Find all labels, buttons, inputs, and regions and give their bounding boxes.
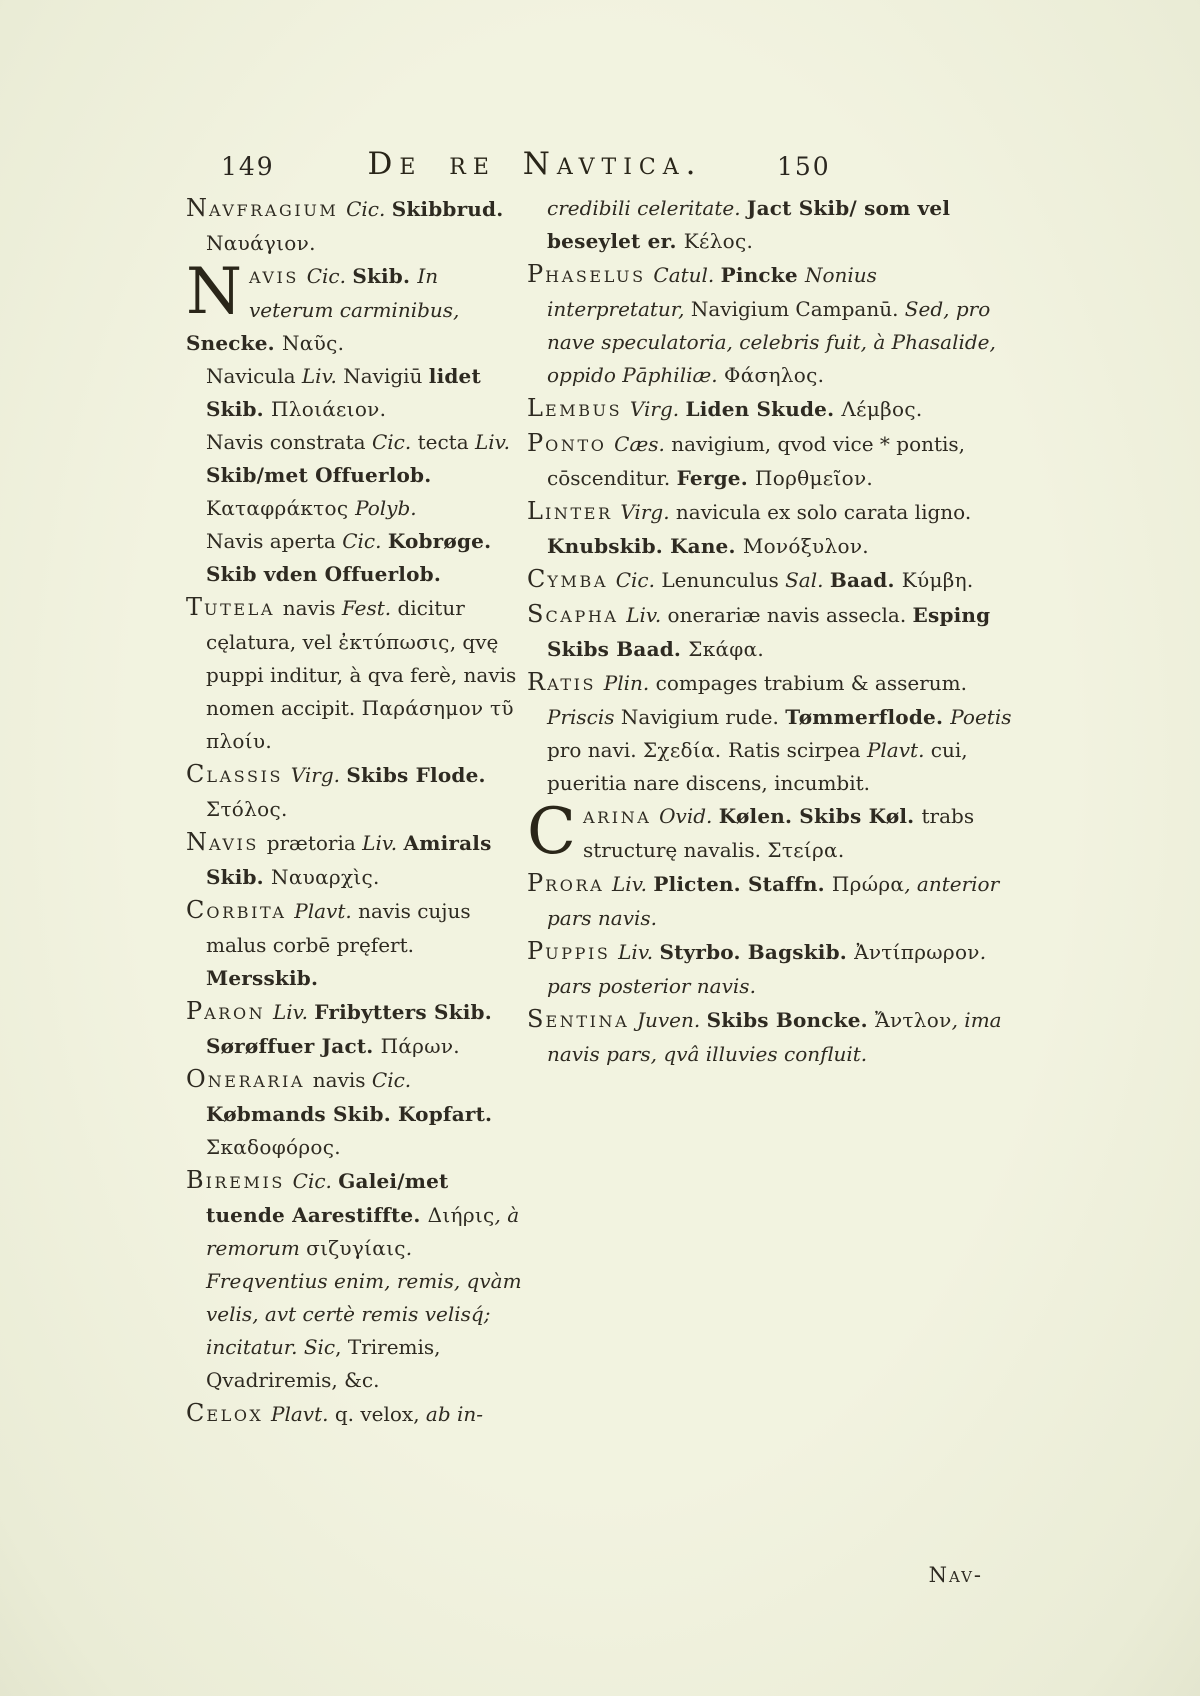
text-column-left: NAVFRAGIUM Cic. Skibbrud. Ναυάγιον.NAVIS… xyxy=(186,192,526,1432)
text-segment-it: Liv. xyxy=(618,940,659,964)
text-segment-it: Cæs. xyxy=(614,432,671,456)
text-segment-hs: EMBUS xyxy=(545,401,630,420)
text-segment-hs: LASSIS xyxy=(206,767,290,786)
text-segment-hc: B xyxy=(186,1166,206,1194)
text-segment-it: Plin. xyxy=(604,671,656,695)
text-segment-ro: prætoria xyxy=(267,831,362,855)
entry-lembus: LEMBUS Virg. Liden Skude. Λέμβος. xyxy=(527,392,1017,427)
text-segment-ro: tecta xyxy=(418,430,475,454)
text-segment-it: Fest. xyxy=(342,596,398,620)
text-segment-gr: Σχεδία. xyxy=(643,738,728,762)
text-segment-gr: Πορθμεῖον. xyxy=(755,466,873,490)
text-segment-ro: Navis constrata xyxy=(206,430,372,454)
text-segment-hc: N xyxy=(186,194,209,222)
text-segment-gr: Ναῦς. xyxy=(282,331,344,355)
catchword: Nav- xyxy=(527,1559,1017,1592)
drop-cap-initial: N xyxy=(186,260,249,320)
text-segment-it: Liv. xyxy=(273,1000,314,1024)
text-segment-hc: S xyxy=(527,1005,545,1033)
text-segment-gr: Ναυαρχὶς. xyxy=(271,865,380,889)
text-segment-hs: ELOX xyxy=(206,1406,271,1425)
text-segment-gr: ἐκτύπωσις xyxy=(338,630,449,654)
text-segment-hs: AVIS xyxy=(249,268,307,287)
text-segment-gr: Ἄντλον xyxy=(875,1008,952,1032)
text-segment-it: Polyb. xyxy=(355,496,417,520)
text-segment-hs: UPPIS xyxy=(545,944,618,963)
page-number-left: 149 xyxy=(221,152,275,181)
catchword-row: Nav- xyxy=(527,1545,1017,1592)
text-segment-it: Catul. xyxy=(653,263,720,287)
text-segment-fr: Mersskib. xyxy=(206,966,318,990)
text-segment-hc: L xyxy=(527,497,545,525)
text-segment-it: Plavt. xyxy=(867,738,931,762)
text-segment-ro: navis xyxy=(313,1068,372,1092)
text-segment-ro: compages trabium & asserum. xyxy=(656,671,967,695)
entry-classis: CLASSIS Virg. Skibs Flode. Στόλος. xyxy=(186,758,526,826)
drop-cap-initial: C xyxy=(527,800,583,860)
entry-phaselus: PHASELUS Catul. Pincke Nonius interpreta… xyxy=(527,258,1017,392)
text-segment-gr: Πάρων. xyxy=(381,1034,460,1058)
text-segment-ro: onerariæ navis assecla. xyxy=(668,603,913,627)
text-segment-it: Plavt. xyxy=(294,899,358,923)
text-segment-hc: O xyxy=(186,1065,208,1093)
text-segment-hc: C xyxy=(186,1399,206,1427)
text-segment-it: Juven. xyxy=(637,1008,707,1032)
text-segment-fr: Kølen. Skibs Køl. xyxy=(719,804,922,828)
text-segment-gr: Καταφράκτος xyxy=(206,496,355,520)
text-segment-gr: Ναυάγιον. xyxy=(206,231,316,255)
text-segment-hs: IREMIS xyxy=(206,1173,293,1192)
text-segment-it: Priscis xyxy=(547,705,621,729)
text-segment-it: Cic. xyxy=(293,1169,339,1193)
text-segment-gr: Σκάφα. xyxy=(688,637,764,661)
text-segment-it: Sal. xyxy=(785,568,830,592)
entry-tutela: TUTELA navis Fest. dicitur cęlatura, vel… xyxy=(186,591,526,758)
text-segment-ro: navis xyxy=(283,596,342,620)
text-segment-it: Virg. xyxy=(291,763,347,787)
entry-cymba: CYMBA Cic. Lenunculus Sal. Baad. Κύμβη. xyxy=(527,563,1017,598)
text-segment-ro: Ratis scirpea xyxy=(728,738,867,762)
text-segment-fr: Tømmerflode. xyxy=(785,705,950,729)
text-segment-hs: HASELUS xyxy=(545,267,653,286)
entry-navis-aperta: Navis aperta Cic. Kobrøge. Skib vden Off… xyxy=(186,525,526,591)
text-segment-gr: Κύμβη. xyxy=(902,568,974,592)
text-segment-ro: Navigium rude. xyxy=(621,705,785,729)
text-segment-gr: Πλοιάειον. xyxy=(271,397,386,421)
text-segment-fr: Skibs Boncke. xyxy=(707,1008,875,1032)
text-segment-hs: RORA xyxy=(545,876,612,895)
entry-navis: NAVIS Cic. Skib. In veterum carminibus, … xyxy=(186,260,526,360)
entry-sentina: SENTINA Juven. Skibs Boncke. Ἄντλον, ima… xyxy=(527,1003,1017,1071)
entry-scapha: SCAPHA Liv. onerariæ navis assecla. Espi… xyxy=(527,598,1017,666)
text-segment-it: Virg. xyxy=(630,397,686,421)
text-segment-it: credibili celeritate. xyxy=(547,196,747,220)
running-title: De re Navtica. xyxy=(335,146,735,182)
text-segment-gr: Σκαδοφόρος. xyxy=(206,1135,341,1159)
entry-linter: LINTER Virg. navicula ex solo carata lig… xyxy=(527,495,1017,563)
entry-biremis: BIREMIS Cic. Galei/met tuende Aarestifft… xyxy=(186,1164,526,1397)
text-segment-gr: Πρώρα xyxy=(832,872,904,896)
text-segment-hs: INTER xyxy=(545,504,620,523)
text-segment-it: ab in- xyxy=(426,1402,483,1426)
text-column-right: credibili celeritate. Jact Skib/ som vel… xyxy=(527,192,1017,1071)
text-segment-hc: C xyxy=(186,896,206,924)
text-segment-gr: Στόλος. xyxy=(206,797,288,821)
text-segment-hs: CAPHA xyxy=(545,607,626,626)
text-segment-fr: Skibs Flode. xyxy=(346,763,485,787)
entry-ponto: PONTO Cæs. navigium, qvod vice * pontis,… xyxy=(527,427,1017,495)
text-segment-it: Liv. xyxy=(362,831,403,855)
text-segment-it: Cic. xyxy=(372,1068,411,1092)
text-segment-fr: Snecke. xyxy=(186,331,282,355)
text-segment-it: Cic. xyxy=(616,568,662,592)
text-segment-it: Liv. xyxy=(612,872,653,896)
text-segment-hc: S xyxy=(527,600,545,628)
text-segment-gr: Διήρις xyxy=(428,1203,495,1227)
entry-oneraria: ONERARIA navis Cic. Købmands Skib. Kopfa… xyxy=(186,1063,526,1164)
text-segment-ro: Navigium Campanū. xyxy=(691,297,905,321)
text-segment-hc: N xyxy=(186,828,209,856)
entry-navis-praetoria: NAVIS prætoria Liv. Amirals Skib. Ναυαρχ… xyxy=(186,826,526,894)
text-segment-it: Poetis xyxy=(950,705,1011,729)
text-segment-hc: P xyxy=(527,260,545,288)
entry-prora: PRORA Liv. Plicten. Staffn. Πρώρα, anter… xyxy=(527,867,1017,935)
text-segment-gr: σιζυγίαις xyxy=(306,1236,406,1260)
text-segment-it: Cic. xyxy=(307,264,353,288)
text-segment-hc: P xyxy=(186,997,204,1025)
text-segment-gr: Μονόξυλον. xyxy=(743,534,869,558)
text-segment-hs: AVFRAGIUM xyxy=(209,201,346,220)
text-segment-hc: T xyxy=(186,593,204,621)
text-segment-fr: Købmands Skib. Kopfart. xyxy=(206,1102,492,1126)
text-segment-it: Ovid. xyxy=(659,804,719,828)
text-segment-hc: L xyxy=(527,394,545,422)
text-segment-hc: C xyxy=(186,760,206,788)
text-segment-it: Virg. xyxy=(620,500,676,524)
text-segment-it: Cic. xyxy=(372,430,418,454)
text-segment-hs: ARINA xyxy=(583,808,659,827)
text-segment-hc: R xyxy=(527,668,547,696)
text-segment-ro: Navis aperta xyxy=(206,529,342,553)
text-segment-fr: Knubskib. Kane. xyxy=(547,534,743,558)
text-segment-hs: AVIS xyxy=(209,835,267,854)
text-segment-hc: P xyxy=(527,429,545,457)
text-segment-it: Plavt. xyxy=(271,1402,335,1426)
text-segment-fr: Pincke xyxy=(721,263,805,287)
text-segment-it: Cic. xyxy=(342,529,388,553)
text-segment-fr: Baad. xyxy=(830,568,902,592)
text-segment-hs: ENTINA xyxy=(545,1012,637,1031)
text-segment-it: Liv. xyxy=(626,603,667,627)
text-segment-hs: YMBA xyxy=(547,572,615,591)
text-segment-fr: Plicten. Staffn. xyxy=(653,872,832,896)
text-segment-fr: Liden Skude. xyxy=(685,397,841,421)
entry-navis-constrata: Navis constrata Cic. tecta Liv. Skib/met… xyxy=(186,426,526,525)
text-segment-fr: Skib. xyxy=(352,264,417,288)
text-segment-gr: Κέλος. xyxy=(684,229,753,253)
text-segment-ro: Navicula xyxy=(206,364,302,388)
text-segment-fr: Skib/met Offuerlob. xyxy=(206,463,431,487)
text-segment-hs: ONTO xyxy=(545,436,614,455)
text-segment-it: Liv. xyxy=(475,430,510,454)
text-segment-gr: Λέμβος. xyxy=(841,397,922,421)
text-segment-hs: UTELA xyxy=(204,600,283,619)
text-segment-gr: Ἀντίπρωρον xyxy=(854,940,980,964)
entry-navfragium: NAVFRAGIUM Cic. Skibbrud. Ναυάγιον. xyxy=(186,192,526,260)
text-segment-fr: Skibbrud. xyxy=(392,197,504,221)
page-number-right: 150 xyxy=(777,152,831,181)
text-segment-gr: Φάσηλος. xyxy=(724,363,824,387)
text-segment-it: Cic. xyxy=(346,197,392,221)
text-segment-gr: Στείρα. xyxy=(767,838,844,862)
text-segment-hc: P xyxy=(527,869,545,897)
text-segment-hc: P xyxy=(527,937,545,965)
text-segment-hs: ATIS xyxy=(547,675,604,694)
book-page-scan: 149 De re Navtica. 150 NAVFRAGIUM Cic. S… xyxy=(0,0,1200,1696)
text-segment-hs: ORBITA xyxy=(206,903,294,922)
text-segment-ro: Navigiū xyxy=(343,364,429,388)
entry-paron: PARON Liv. Fribytters Skib. Sørøffuer Ja… xyxy=(186,995,526,1063)
text-segment-ro: q. velox, xyxy=(335,1402,426,1426)
text-segment-ro: Lenunculus xyxy=(661,568,785,592)
text-segment-hs: NERARIA xyxy=(208,1072,313,1091)
text-segment-it: Liv. xyxy=(302,364,343,388)
entry-carina: CARINA Ovid. Kølen. Skibs Køl. trabs str… xyxy=(527,800,1017,867)
text-segment-hs: ARON xyxy=(204,1004,273,1023)
entry-corbita: CORBITA Plavt. navis cujus malus corbē p… xyxy=(186,894,526,995)
text-segment-fr: Styrbo. Bagskib. xyxy=(659,940,854,964)
entry-ratis: RATIS Plin. compages trabium & asserum. … xyxy=(527,666,1017,800)
entry-navicula: Navicula Liv. Navigiū lidet Skib. Πλοιάε… xyxy=(186,360,526,426)
text-segment-ro: pro navi. xyxy=(547,738,643,762)
text-segment-hc: C xyxy=(527,565,547,593)
page-header: 149 De re Navtica. 150 xyxy=(185,146,1015,190)
text-segment-ro: navicula ex solo carata ligno. xyxy=(676,500,971,524)
entry-puppis: PUPPIS Liv. Styrbo. Bagskib. Ἀντίπρωρον.… xyxy=(527,935,1017,1003)
entry-celox-continuation: credibili celeritate. Jact Skib/ som vel… xyxy=(527,192,1017,258)
entry-celox: CELOX Plavt. q. velox, ab in- xyxy=(186,1397,526,1432)
text-segment-fr: Ferge. xyxy=(677,466,755,490)
